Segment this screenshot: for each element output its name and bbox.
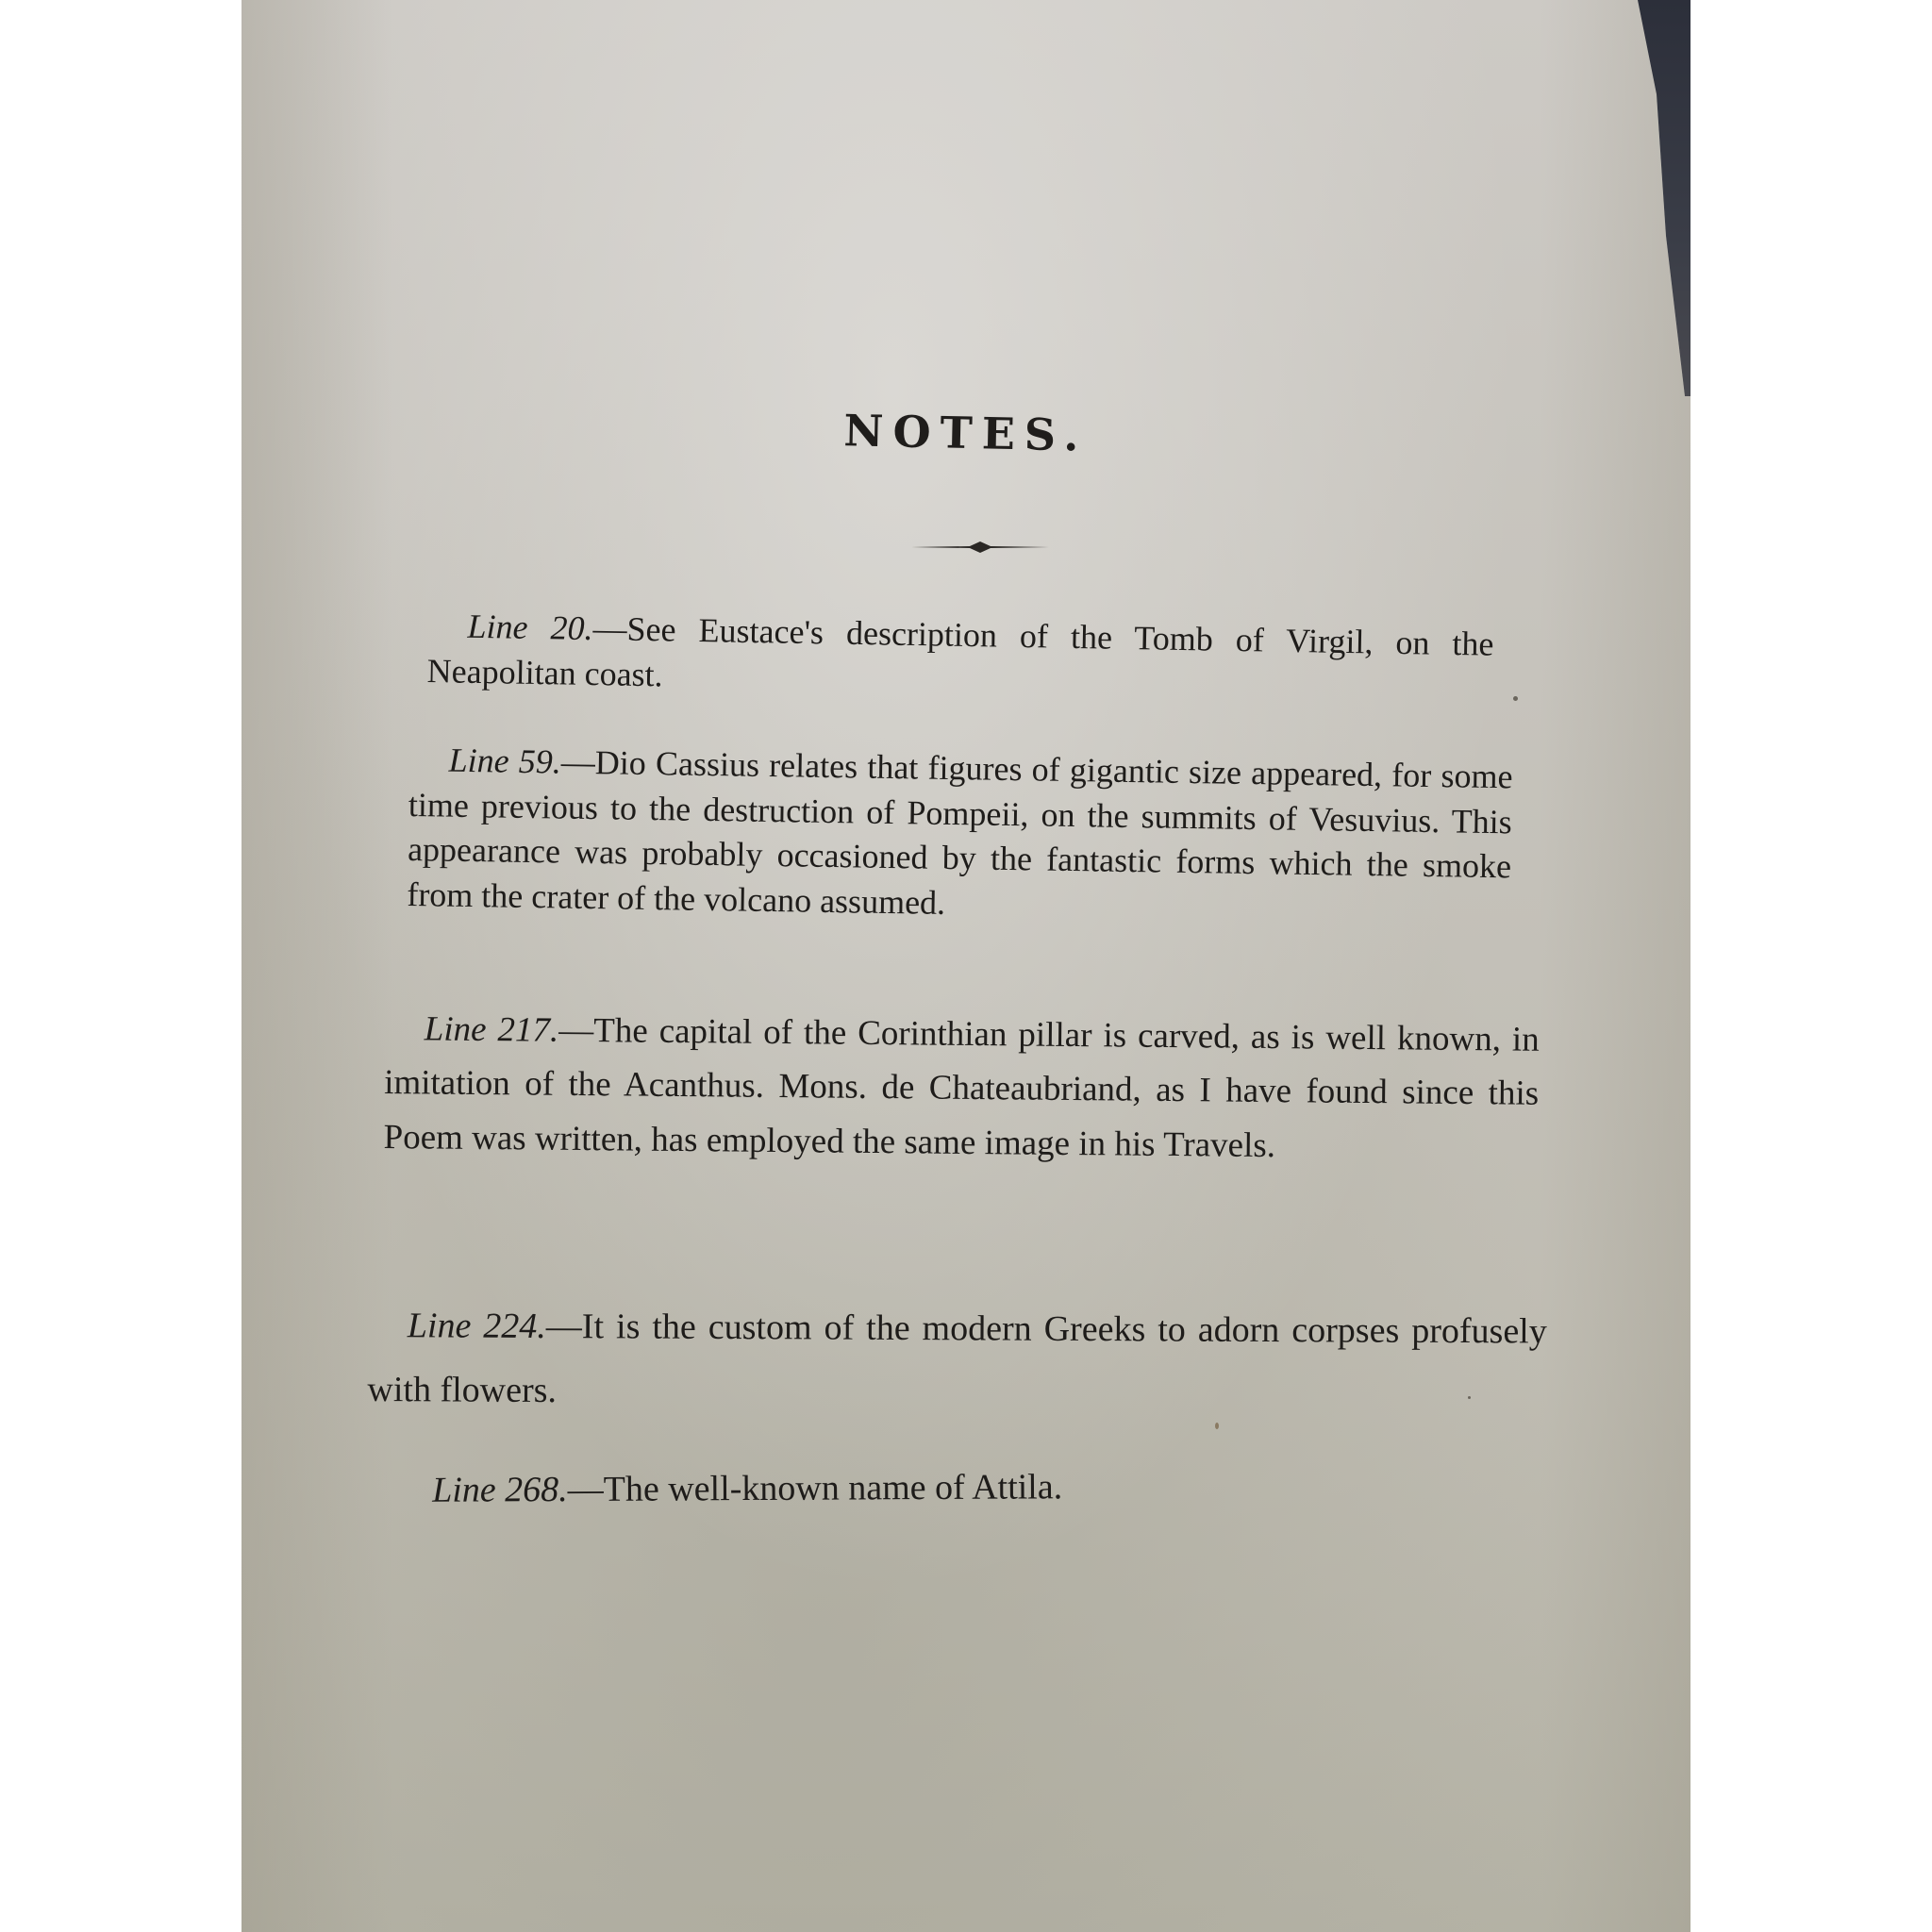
- note-dash: —: [561, 743, 596, 782]
- paper-speck: [1468, 1396, 1471, 1399]
- book-page-photo: NOTES. Line 20.—See Eustace's descriptio…: [241, 0, 1690, 1932]
- note-dash: —: [558, 1011, 593, 1050]
- note-dash: —: [592, 609, 627, 648]
- page-title: NOTES.: [241, 392, 1690, 474]
- note-reference: Line 59.: [448, 741, 561, 781]
- note-reference: Line 217.: [425, 1009, 559, 1049]
- note-line-217: Line 217.—The capital of the Corinthian …: [383, 1002, 1540, 1175]
- note-line-59: Line 59.—Dio Cassius relates that figure…: [407, 738, 1513, 934]
- decorative-rule-icon: [911, 540, 1049, 555]
- paper-speck: [1215, 1423, 1219, 1429]
- paper-speck: [1513, 696, 1518, 701]
- note-reference: Line 224.: [408, 1306, 546, 1346]
- note-text: The well-known name of Attila.: [604, 1467, 1063, 1509]
- note-line-224: Line 224.—It is the custom of the modern…: [367, 1294, 1547, 1428]
- note-reference: Line 268.: [432, 1470, 568, 1510]
- book-page: NOTES. Line 20.—See Eustace's descriptio…: [241, 0, 1690, 1932]
- note-dash: —: [546, 1307, 582, 1346]
- note-line-20: Line 20.—See Eustace's description of th…: [426, 604, 1493, 712]
- note-line-268: Line 268.—The well-known name of Attila.: [392, 1462, 1336, 1514]
- note-dash: —: [568, 1470, 604, 1509]
- note-reference: Line 20.: [467, 608, 593, 647]
